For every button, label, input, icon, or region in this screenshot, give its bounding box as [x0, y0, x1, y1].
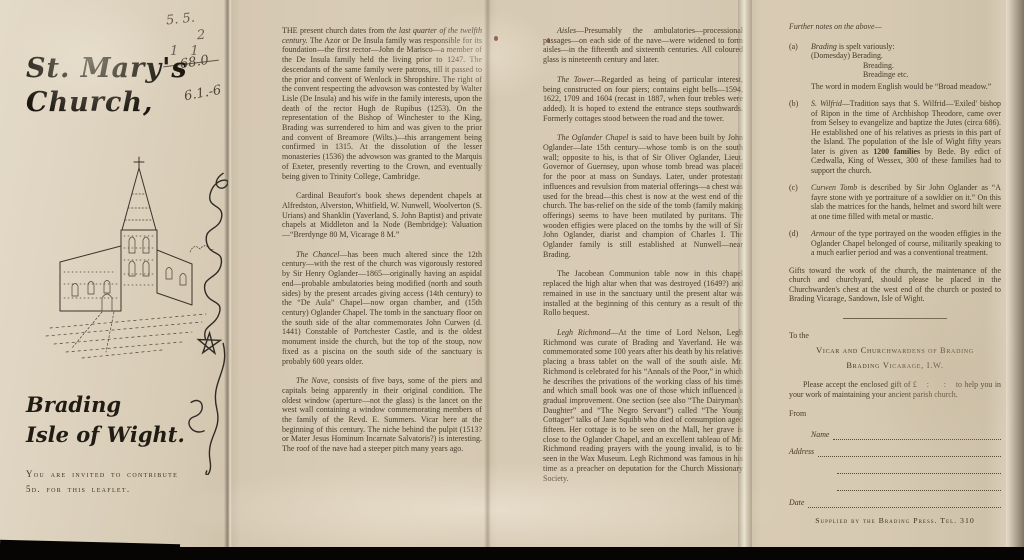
paragraph-tower: The Tower—Regarded as being of particula… — [543, 75, 743, 124]
note-body: S. Wilfrid—Tradition says that S. Wilfri… — [811, 99, 1001, 175]
gifts-paragraph: Gifts toward the work of the church, the… — [789, 266, 1001, 304]
scanned-leaflet: 5. 5. 2 1 1 68.0 6.1.-6 St. Mary's Churc… — [0, 0, 1024, 549]
from-label: From — [789, 409, 1001, 419]
paragraph-aisles: Aisles—Presumably the ambulatories—proce… — [543, 26, 743, 65]
field-label: Date — [789, 498, 804, 508]
history-panel: THE present church dates from the last q… — [228, 0, 488, 549]
address-field-continuation — [789, 476, 1001, 491]
date-field: Date — [789, 493, 1001, 508]
donation-form: To the Vicar and Churchwardens of Bradin… — [789, 331, 1001, 526]
pencil-note: 2 — [196, 28, 205, 44]
addressee-line: Vicar and Churchwardens of Brading — [789, 346, 1001, 356]
scanner-background — [0, 547, 1024, 560]
note-label: (d) — [789, 229, 811, 258]
paragraph-communion-table: The Jacobean Communion table now in this… — [543, 269, 743, 318]
dotted-line — [837, 481, 1001, 491]
dotted-line — [818, 447, 1001, 457]
paragraph-oglander-chapel: The Oglander Chapel is said to have been… — [543, 133, 743, 259]
address-field: Address — [789, 442, 1001, 457]
spelling-variant: Breadinge etc. — [863, 70, 1001, 80]
notes-text-column: Further notes on the above— (a) Brading … — [789, 0, 1001, 549]
paragraph-nave: The Nave, consists of five bays, some of… — [282, 376, 482, 454]
features-text-column: Aisles—Presumably the ambulatories—proce… — [543, 0, 743, 549]
printer-credit: Supplied by the Brading Press. Tel. 310 — [789, 516, 1001, 526]
title-line-2: Church, — [26, 86, 188, 120]
note-c: (c) Curwen Tomb is described by Sir John… — [789, 183, 1001, 221]
spelling-variant: Breading. — [863, 61, 1001, 71]
pencil-note: 6.1.-6 — [183, 83, 223, 104]
place-line-2: Isle of Wight. — [26, 420, 185, 450]
note-a-lead: Brading is spelt variously: — [811, 42, 1001, 52]
invite-line-2: 5d. for this leaflet. — [26, 482, 178, 497]
addressee-line: Brading Vicarage, I.W. — [789, 361, 1001, 371]
gift-sentence: Please accept the enclosed gift of £ : :… — [789, 380, 1001, 399]
note-d: (d) Armour of the type portrayed on the … — [789, 229, 1001, 258]
note-body: Armour of the type portrayed on the wood… — [811, 229, 1001, 258]
pencil-note: 5. 5. — [165, 11, 195, 29]
note-label: (b) — [789, 99, 811, 175]
place-line-1: Brading — [26, 390, 185, 420]
invite-line-1: You are invited to contribute — [26, 467, 178, 482]
paragraph-foundation: THE present church dates from the last q… — [282, 26, 482, 181]
name-field: Name — [811, 425, 1001, 440]
cover-panel: 5. 5. 2 1 1 68.0 6.1.-6 St. Mary's Churc… — [0, 0, 228, 549]
to-label: To the — [789, 331, 1001, 341]
title-line-1: St. Mary's — [26, 52, 188, 86]
address-field-continuation — [789, 459, 1001, 474]
note-a: (a) Brading is spelt variously: (Domesda… — [789, 42, 1001, 92]
ink-speck — [494, 36, 498, 41]
notes-heading: Further notes on the above— — [789, 22, 1001, 32]
note-a-tail: The word in modern English would be “Bro… — [811, 82, 1001, 92]
place-name: Brading Isle of Wight. — [26, 390, 185, 450]
ink-speck — [547, 38, 550, 43]
section-divider — [843, 318, 947, 319]
field-label: Address — [789, 447, 814, 457]
field-label: Name — [811, 430, 829, 440]
dotted-line — [837, 464, 1001, 474]
note-body: Curwen Tomb is described by Sir John Ogl… — [811, 183, 1001, 221]
paragraph-beaufort: Cardinal Beaufort's book shews dependent… — [282, 191, 482, 240]
note-b: (b) S. Wilfrid—Tradition says that S. Wi… — [789, 99, 1001, 175]
note-body: Brading is spelt variously: (Domesday) B… — [811, 42, 1001, 92]
notes-panel: Further notes on the above— (a) Brading … — [745, 0, 1024, 549]
history-text-column: THE present church dates from the last q… — [282, 0, 482, 549]
features-panel: Aisles—Presumably the ambulatories—proce… — [488, 0, 745, 549]
note-label: (a) — [789, 42, 811, 92]
contribution-notice: You are invited to contribute 5d. for th… — [26, 467, 178, 497]
note-label: (c) — [789, 183, 811, 221]
dotted-line — [833, 430, 1001, 440]
dotted-line — [808, 498, 1001, 508]
spelling-variant: (Domesday) Berading. — [811, 51, 1001, 61]
paragraph-legh-richmond: Legh Richmond—At the time of Lord Nelson… — [543, 328, 743, 483]
leaflet-title: St. Mary's Church, — [26, 52, 188, 120]
paragraph-chancel: The Chancel—has been much altered since … — [282, 250, 482, 366]
